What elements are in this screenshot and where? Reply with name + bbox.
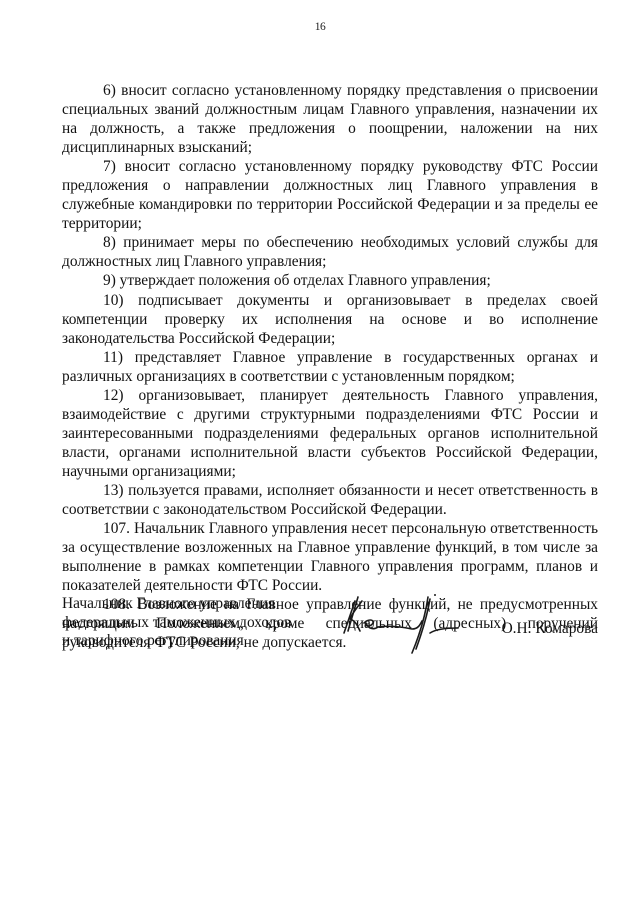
signatory-position-line-2: федеральных таможенных доходов bbox=[62, 614, 291, 633]
paragraph-item-6: 6) вносит согласно установленному порядк… bbox=[62, 81, 598, 157]
document-body: 6) вносит согласно установленному порядк… bbox=[62, 81, 598, 652]
signatory-position: Начальник Главного управления федеральны… bbox=[62, 595, 291, 651]
paragraph-item-10: 10) подписывает документы и организовыва… bbox=[62, 291, 598, 348]
paragraph-item-13: 13) пользуется правами, исполняет обязан… bbox=[62, 481, 598, 519]
paragraph-item-9: 9) утверждает положения об отделах Главн… bbox=[62, 271, 598, 290]
paragraph-item-12: 12) организовывает, планирует деятельнос… bbox=[62, 386, 598, 481]
paragraph-clause-107: 107. Начальник Главного управления несет… bbox=[62, 519, 598, 595]
signature-block: Начальник Главного управления федеральны… bbox=[62, 595, 598, 665]
document-page: 16 6) вносит согласно установленному пор… bbox=[0, 0, 640, 900]
paragraph-item-8: 8) принимает меры по обеспечению необход… bbox=[62, 233, 598, 271]
paragraph-item-11: 11) представляет Главное управление в го… bbox=[62, 348, 598, 386]
handwritten-signature-icon bbox=[334, 587, 464, 657]
signatory-name: О.Н. Комарова bbox=[502, 620, 598, 639]
signatory-position-line-1: Начальник Главного управления bbox=[62, 595, 291, 614]
signatory-position-line-3: и тарифного регулирования bbox=[62, 632, 291, 651]
paragraph-item-7: 7) вносит согласно установленному порядк… bbox=[62, 157, 598, 233]
page-number: 16 bbox=[0, 21, 640, 33]
